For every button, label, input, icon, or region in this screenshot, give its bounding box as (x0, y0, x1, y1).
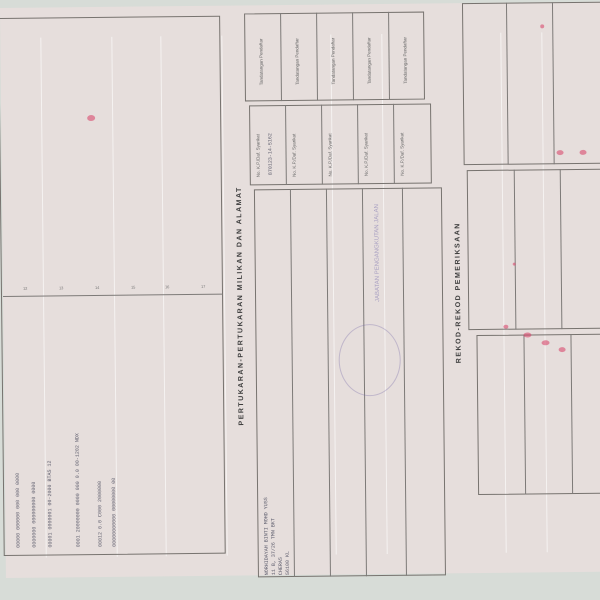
ink-mark (559, 347, 566, 352)
inspection-row-3 (476, 334, 600, 495)
id-label: No. K.P./Daf. Syarikat (327, 117, 333, 177)
stamp-text: JABATAN PENGANGKUTAN JALAN (374, 192, 381, 302)
id-value: 870123-14-5162 (267, 115, 274, 175)
ink-mark (557, 150, 564, 155)
owner-line: 11 B, 37/26 TMN BKT (270, 485, 277, 575)
inspection-row-1 (462, 2, 600, 165)
inspection-row-2 (467, 169, 600, 330)
id-label: No. K.P./Daf. Syarikat (291, 117, 297, 177)
owner-line: NORHIDAYAH BINTI MOHD YUSS (263, 485, 270, 575)
row-number: 17 (201, 284, 206, 289)
signature-label: Tandatangan Pendaftar (366, 34, 372, 84)
signature-label: Tandatangan Pendaftar (294, 35, 300, 85)
section-title-inspection: REKOD-REKOD PEMERIKSAAN (454, 213, 463, 363)
ink-mark (513, 263, 516, 266)
row-number: 16 (165, 284, 170, 289)
row-number: 14 (95, 285, 100, 290)
id-label: No. K.P./Daf. Syarikat (255, 117, 261, 177)
ink-mark (540, 24, 544, 28)
official-stamp (338, 324, 401, 397)
ink-mark (542, 340, 550, 345)
row-number: 13 (59, 285, 64, 290)
owner-line: CHERAS (277, 505, 284, 575)
owner-line: 56100 KL (284, 525, 291, 575)
signature-label: Tandatangan Pendaftar (402, 34, 408, 84)
row-number: 15 (131, 285, 136, 290)
ink-mark (87, 115, 95, 121)
registration-card: 12 13 14 15 16 17 00000 000000 000 000 0… (0, 2, 600, 578)
signature-label: Tandatangan Pendaftar (330, 34, 336, 84)
section-title-ownership: PERTUKARAN-PERTUKARAN MILIKAN DAN ALAMAT (236, 165, 246, 425)
ink-mark (503, 325, 508, 329)
row-number: 12 (23, 286, 28, 291)
signature-label: Tandatangan Pendaftar (258, 35, 264, 85)
ink-mark (580, 150, 587, 155)
id-label: No. K.P./Daf. Syarikat (363, 116, 369, 176)
id-label: No. K.P./Daf. Syarikat (399, 116, 405, 176)
